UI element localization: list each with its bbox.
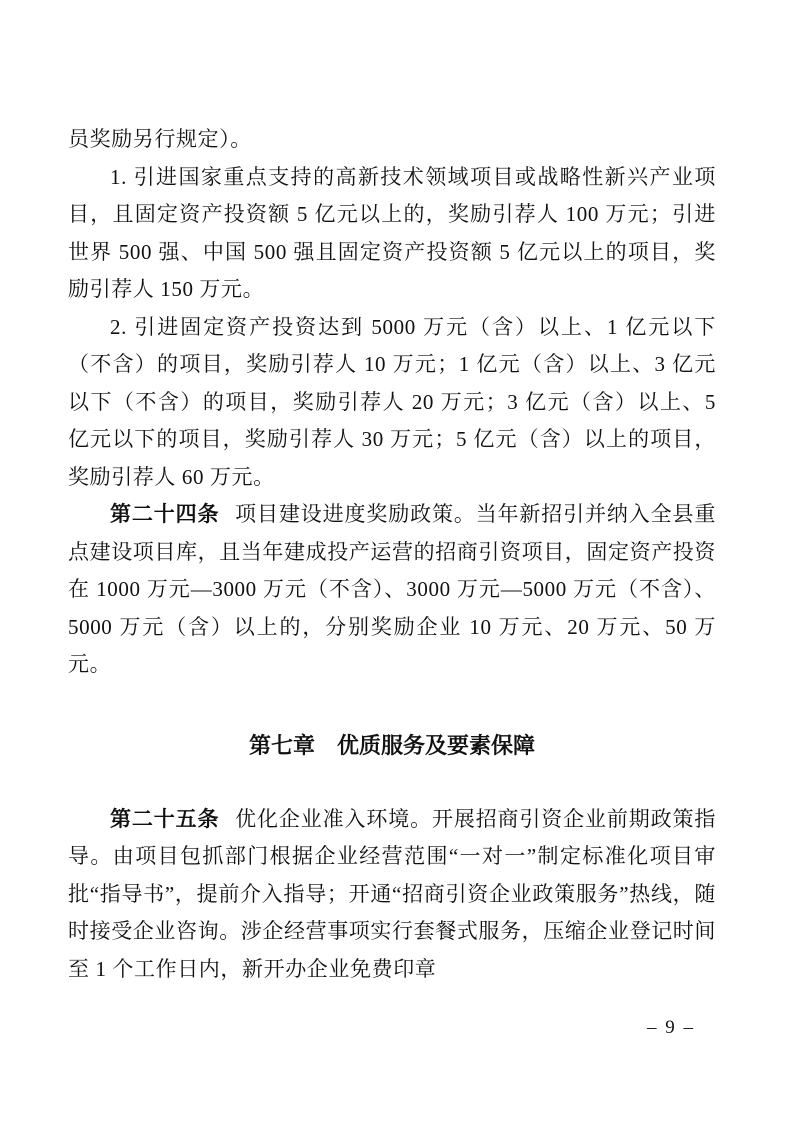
article-24-label: 第二十四条 — [110, 503, 219, 526]
paragraph-continuation: 员奖励另行规定）。 — [68, 121, 716, 159]
paragraph-text: 员奖励另行规定）。 — [68, 127, 252, 151]
paragraph-text: 2. 引进固定资产投资达到 5000 万元（含）以上、1 亿元以下（不含）的项目… — [68, 315, 716, 489]
chapter-title: 优质服务及要素保障 — [337, 733, 535, 758]
paragraph-item-2: 2. 引进固定资产投资达到 5000 万元（含）以上、1 亿元以下（不含）的项目… — [68, 309, 716, 497]
paragraph-text: 项目建设进度奖励政策。当年新招引并纳入全县重点建设项目库，且当年建成投产运营的招… — [68, 502, 716, 676]
paragraph-text: 1. 引进国家重点支持的高新技术领域项目或战略性新兴产业项目，且固定资产投资额 … — [68, 165, 716, 302]
article-25-label: 第二十五条 — [110, 808, 219, 831]
document-page: 员奖励另行规定）。 1. 引进国家重点支持的高新技术领域项目或战略性新兴产业项目… — [0, 0, 793, 1122]
paragraph-item-1: 1. 引进国家重点支持的高新技术领域项目或战略性新兴产业项目，且固定资产投资额 … — [68, 159, 716, 309]
page-body-text: 员奖励另行规定）。 1. 引进国家重点支持的高新技术领域项目或战略性新兴产业项目… — [68, 121, 716, 988]
chapter-number: 第七章 — [249, 733, 315, 758]
chapter-7-heading: 第七章优质服务及要素保障 — [68, 727, 716, 765]
page-number: – 9 – — [647, 1016, 695, 1040]
paragraph-article-24: 第二十四条项目建设进度奖励政策。当年新招引并纳入全县重点建设项目库，且当年建成投… — [68, 496, 716, 684]
paragraph-article-25: 第二十五条优化企业准入环境。开展招商引资企业前期政策指导。由项目包抓部门根据企业… — [68, 801, 716, 989]
paragraph-text: 优化企业准入环境。开展招商引资企业前期政策指导。由项目包抓部门根据企业经营范围“… — [68, 807, 716, 981]
